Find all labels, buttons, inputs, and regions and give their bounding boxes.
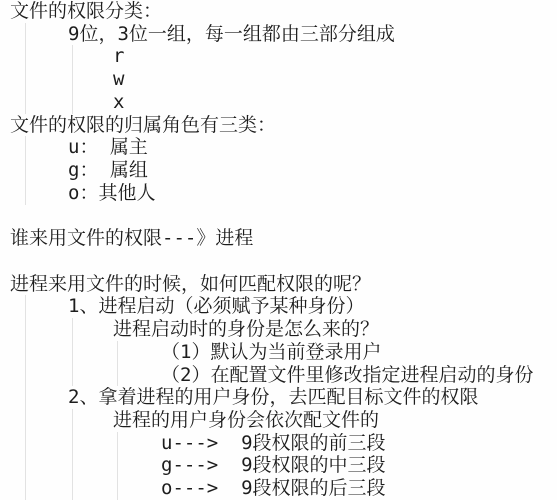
- text-line: r: [0, 45, 557, 68]
- text-line: 文件的权限的归属角色有三类：: [0, 114, 557, 137]
- text-line: 2、拿着进程的用户身份，去匹配目标文件的权限: [0, 386, 557, 409]
- blank-line: [0, 204, 557, 227]
- text-line: u： 属主: [0, 136, 557, 159]
- text-line: （1）默认为当前登录用户: [0, 341, 557, 364]
- text-line: u---> 9段权限的前三段: [0, 432, 557, 455]
- text-line: o：其他人: [0, 182, 557, 205]
- text-line: g： 属组: [0, 159, 557, 182]
- text-line: o---> 9段权限的后三段: [0, 477, 557, 500]
- text-line: w: [0, 68, 557, 91]
- text-line: x: [0, 91, 557, 114]
- blank-line: [0, 250, 557, 273]
- text-line: 1、进程启动（必须赋予某种身份）: [0, 295, 557, 318]
- text-line: 9位，3位一组，每一组都由三部分组成: [0, 23, 557, 46]
- text-line: 进程启动时的身份是怎么来的？: [0, 318, 557, 341]
- text-line: 进程的用户身份会依次配文件的: [0, 409, 557, 432]
- text-line: 谁来用文件的权限---》进程: [0, 227, 557, 250]
- text-line: 文件的权限分类：: [0, 0, 557, 23]
- text-line: g---> 9段权限的中三段: [0, 454, 557, 477]
- document-area: 文件的权限分类：9位，3位一组，每一组都由三部分组成rwx文件的权限的归属角色有…: [0, 0, 557, 500]
- text-line: （2）在配置文件里修改指定进程启动的身份: [0, 364, 557, 387]
- text-line: 进程来用文件的时候，如何匹配权限的呢？: [0, 273, 557, 296]
